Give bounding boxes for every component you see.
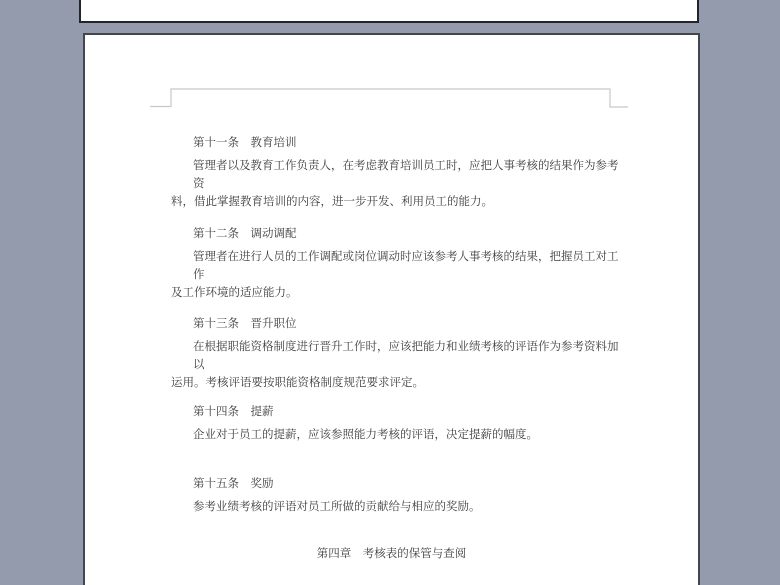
article-paragraph: 参考业绩考核的评语对员工所做的贡献给与相应的奖励。 [171,497,623,515]
article-heading: 第十二条 调动调配 [171,224,623,242]
article-heading: 第十四条 提薪 [171,402,623,420]
previous-page[interactable] [79,0,699,23]
article-paragraph: 管理者在进行人员的工作调配或岗位调动时应该参考人事考核的结果，把握员工对工作 及… [171,247,623,301]
paragraph-line: 参考业绩考核的评语对员工所做的贡献给与相应的奖励。 [171,497,623,515]
article-paragraph: 在根据职能资格制度进行晋升工作时，应该把能力和业绩考核的评语作为参考资料加以 运… [171,337,623,391]
document-viewer: 第十一条 教育培训 管理者以及教育工作负责人，在考虑教育培训员工时，应把人事考核… [0,0,780,585]
article-section-11: 第十一条 教育培训 管理者以及教育工作负责人，在考虑教育培训员工时，应把人事考核… [171,133,623,210]
article-section-13: 第十三条 晋升职位 在根据职能资格制度进行晋升工作时，应该把能力和业绩考核的评语… [171,314,623,391]
paragraph-line: 料，借此掌握教育培训的内容，进一步开发、利用员工的能力。 [171,192,623,210]
paragraph-line: 运用。考核评语要按职能资格制度规范要求评定。 [171,373,623,391]
paragraph-line: 管理者在进行人员的工作调配或岗位调动时应该参考人事考核的结果，把握员工对工作 [171,247,623,283]
article-paragraph: 管理者以及教育工作负责人，在考虑教育培训员工时，应把人事考核的结果作为参考资 料… [171,156,623,210]
article-heading: 第十一条 教育培训 [171,133,623,151]
paragraph-line: 及工作环境的适应能力。 [171,283,623,301]
paragraph-line: 管理者以及教育工作负责人，在考虑教育培训员工时，应把人事考核的结果作为参考资 [171,156,623,192]
article-section-15: 第十五条 奖励 参考业绩考核的评语对员工所做的贡献给与相应的奖励。 [171,474,623,515]
article-heading: 第十五条 奖励 [171,474,623,492]
paragraph-line: 企业对于员工的提薪，应该参照能力考核的评语，决定提薪的幅度。 [171,425,623,443]
article-section-12: 第十二条 调动调配 管理者在进行人员的工作调配或岗位调动时应该参考人事考核的结果… [171,224,623,301]
header-border-line [143,83,635,113]
document-page[interactable]: 第十一条 教育培训 管理者以及教育工作负责人，在考虑教育培训员工时，应把人事考核… [83,33,700,585]
article-section-14: 第十四条 提薪 企业对于员工的提薪，应该参照能力考核的评语，决定提薪的幅度。 [171,402,623,443]
article-heading: 第十三条 晋升职位 [171,314,623,332]
paragraph-line: 在根据职能资格制度进行晋升工作时，应该把能力和业绩考核的评语作为参考资料加以 [171,337,623,373]
chapter-heading: 第四章 考核表的保管与查阅 [85,544,698,562]
article-paragraph: 企业对于员工的提薪，应该参照能力考核的评语，决定提薪的幅度。 [171,425,623,443]
